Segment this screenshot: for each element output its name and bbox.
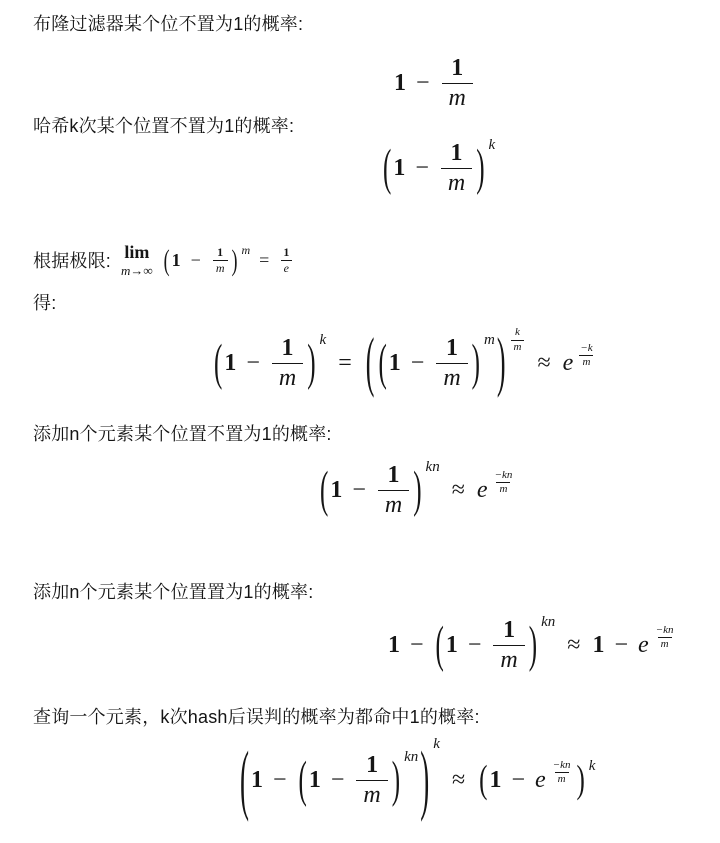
minus-sign: − (331, 767, 345, 795)
minus-sign: − (614, 632, 628, 660)
fraction-k-over-m: k m (511, 326, 525, 355)
right-paren: ) (472, 338, 480, 389)
denominator: m (442, 83, 473, 112)
approx-sign: ≈ (452, 767, 465, 795)
fraction-1-over-m: 1 m (442, 55, 473, 112)
label-n-elements-set: 添加n个元素某个位置置为1的概率: (33, 578, 313, 604)
number-one: 1 (172, 250, 181, 271)
paren-group: ( 1 − 1 m ) m (162, 245, 251, 275)
number-one: 1 (388, 632, 400, 660)
fraction-1-over-m: 1 m (213, 245, 228, 275)
numerator: 1 (439, 335, 465, 363)
numerator: −kn (492, 469, 516, 483)
outer-left-paren: ( (240, 741, 249, 819)
formula-1: 1 − 1 m (394, 55, 475, 112)
fraction-negkn-over-m: −kn m (550, 759, 574, 788)
number-one: 1 (224, 350, 236, 378)
numerator: 1 (280, 245, 292, 259)
exponent-k: k (433, 736, 440, 753)
minus-sign: − (246, 350, 260, 378)
left-paren: ( (436, 620, 444, 671)
formula-7: ( 1 − ( 1 − 1 m ) kn (238, 752, 595, 809)
denominator: m (658, 637, 672, 652)
exponent-kn: kn (541, 614, 555, 631)
numerator: 1 (444, 140, 470, 168)
numerator: 1 (359, 752, 385, 780)
expression: 1 − 1 m (309, 752, 390, 809)
exponent-m: m (484, 332, 495, 349)
inner-paren-group: ( 1 − 1 m ) m (376, 335, 494, 392)
approx-sign: ≈ (567, 632, 580, 660)
formula-5: ( 1 − 1 m ) kn ≈ e −kn m (318, 462, 516, 519)
numerator: 1 (444, 55, 470, 83)
exponent-m: m (242, 243, 251, 258)
formula-6: 1 − ( 1 − 1 m ) kn ≈ 1 − e −kn m (388, 617, 677, 674)
limit-operator: lim m→∞ (121, 243, 153, 277)
denominator: m (496, 482, 510, 497)
denominator: m (378, 490, 409, 519)
minus-sign: − (468, 632, 482, 660)
paren-group: ( 1 − 1 m ) kn (318, 462, 440, 519)
denominator: m (436, 363, 467, 392)
formula-3: lim m→∞ ( 1 − 1 m ) m = 1 e (111, 243, 294, 277)
minus-sign: − (352, 477, 366, 505)
paren-group-left: ( 1 − 1 m ) k (212, 335, 326, 392)
expression: 1 − 1 m (224, 335, 305, 392)
number-one: 1 (389, 350, 401, 378)
left-paren: ( (320, 465, 328, 516)
number-one: 1 (489, 767, 501, 795)
expression: 1 − e −kn m (489, 765, 574, 797)
number-one: 1 (251, 767, 263, 795)
exponent-negkn-over-m: −kn m (652, 621, 678, 653)
fraction-negk-over-m: −k m (577, 342, 595, 371)
fraction-1-over-m: 1 m (436, 335, 467, 392)
exponent-kn: kn (426, 459, 440, 476)
numerator: 1 (275, 335, 301, 363)
exponent-kn: kn (404, 749, 418, 766)
minus-sign: − (411, 350, 425, 378)
fraction-1-over-m: 1 m (441, 140, 472, 197)
exponent-negkn-over-m: −kn m (491, 466, 517, 498)
left-paren: ( (479, 761, 487, 800)
right-paren: ) (392, 755, 400, 806)
denominator: m (272, 363, 303, 392)
label-bit-not-set: 布隆过滤器某个位不置为1的概率: (33, 10, 303, 36)
exponent-k: k (320, 332, 327, 349)
label-limit: 根据极限: (33, 247, 111, 273)
label-derive: 得: (33, 289, 56, 315)
minus-sign: − (511, 767, 525, 795)
outer-right-paren: ) (497, 330, 506, 396)
e-base: e (638, 632, 649, 660)
left-paren: ( (299, 755, 307, 806)
outer-paren-group: ( 1 − ( 1 − 1 m ) kn (238, 752, 440, 809)
label-k-hashes-not-set: 哈希k次某个位置不置为1的概率: (33, 112, 294, 138)
e-power: e −k m (563, 348, 597, 380)
fraction-1-over-m: 1 m (356, 752, 387, 809)
numerator: 1 (381, 462, 407, 490)
right-paren-group: ( 1 − e −kn m ) k (477, 765, 595, 797)
expression: 1 − 1 m (393, 140, 474, 197)
formula-4: ( 1 − 1 m ) k = ( ( 1 − 1 (212, 335, 597, 392)
exponent-negkn-over-m: −kn m (549, 756, 575, 788)
formula-2: ( 1 − 1 m ) k (381, 140, 495, 197)
left-paren: ( (214, 338, 222, 389)
limit-line: 根据极限: lim m→∞ ( 1 − 1 m ) m = (33, 243, 294, 277)
fraction-negkn-over-m: −kn m (492, 469, 516, 498)
fraction-negkn-over-m: −kn m (653, 624, 677, 653)
numerator: −kn (550, 759, 574, 773)
paren-group: ( 1 − 1 m ) k (381, 140, 495, 197)
number-one: 1 (309, 767, 321, 795)
numerator: −k (577, 342, 595, 356)
label-n-elements-not-set: 添加n个元素某个位置不置为1的概率: (33, 420, 332, 446)
number-one: 1 (393, 155, 405, 183)
denominator: m (579, 355, 593, 370)
numerator: 1 (214, 245, 226, 259)
minus-sign: − (415, 155, 429, 183)
label-false-positive: 查询一个元素，k次hash后误判的概率为都命中1的概率: (33, 703, 480, 729)
right-paren: ) (307, 338, 315, 389)
denominator: m (493, 645, 524, 674)
number-one: 1 (330, 477, 342, 505)
e-base: e (563, 350, 574, 378)
denominator: e (281, 260, 292, 275)
right-paren: ) (232, 245, 238, 275)
expression: 1 − 1 m (330, 462, 411, 519)
e-base: e (477, 477, 488, 505)
left-paren: ( (164, 245, 170, 275)
minus-sign: − (410, 632, 424, 660)
left-paren: ( (378, 338, 386, 389)
numerator: −kn (653, 624, 677, 638)
fraction-1-over-m: 1 m (378, 462, 409, 519)
document: 布隆过滤器某个位不置为1的概率: 1 − 1 m 哈希k次某个位置不置为1的概率… (0, 0, 720, 843)
e-power: e −kn m (477, 475, 516, 507)
approx-sign: ≈ (452, 477, 465, 505)
e-power: e −kn m (638, 630, 677, 662)
minus-sign: − (416, 70, 430, 98)
right-paren: ) (413, 465, 421, 516)
inner-paren-group: ( 1 − 1 m ) kn (297, 752, 419, 809)
expression: 1 − 1 m (172, 245, 230, 275)
right-paren: ) (529, 620, 537, 671)
numerator: k (512, 326, 523, 340)
minus-sign: − (273, 767, 287, 795)
denominator: m (511, 340, 525, 355)
paren-group: ( 1 − 1 m ) kn (434, 617, 556, 674)
left-paren: ( (383, 143, 391, 194)
fraction-1-over-m: 1 m (493, 617, 524, 674)
equals-sign: = (338, 350, 352, 378)
paren-group-nested: ( ( 1 − 1 m ) m ) k m (364, 335, 526, 392)
e-power: e −kn m (535, 765, 574, 797)
denominator: m (213, 260, 228, 275)
number-one: 1 (394, 70, 406, 98)
number-one: 1 (592, 632, 604, 660)
number-one: 1 (446, 632, 458, 660)
equals-sign: = (259, 250, 269, 271)
exponent-negk-over-m: −k m (576, 339, 596, 371)
denominator: m (555, 772, 569, 787)
e-base: e (535, 767, 546, 795)
lim-word: lim (124, 243, 149, 261)
expression: 1 − 1 m (446, 617, 527, 674)
approx-sign: ≈ (537, 350, 550, 378)
denominator: m (356, 780, 387, 809)
right-paren: ) (476, 143, 484, 194)
denominator: m (441, 168, 472, 197)
fraction-1-over-m: 1 m (272, 335, 303, 392)
exponent-k: k (589, 758, 596, 775)
numerator: 1 (496, 617, 522, 645)
minus-sign: − (191, 250, 201, 271)
expression: 1 − ( 1 − 1 m ) kn (251, 752, 418, 809)
outer-right-paren: ) (420, 741, 429, 819)
exponent-k-over-m: k m (510, 323, 526, 355)
expression: 1 − 1 m (389, 335, 470, 392)
exponent-k: k (489, 137, 496, 154)
lim-subscript: m→∞ (121, 264, 153, 277)
fraction-1-over-e: 1 e (280, 245, 292, 275)
right-paren: ) (576, 761, 584, 800)
outer-left-paren: ( (366, 330, 375, 396)
